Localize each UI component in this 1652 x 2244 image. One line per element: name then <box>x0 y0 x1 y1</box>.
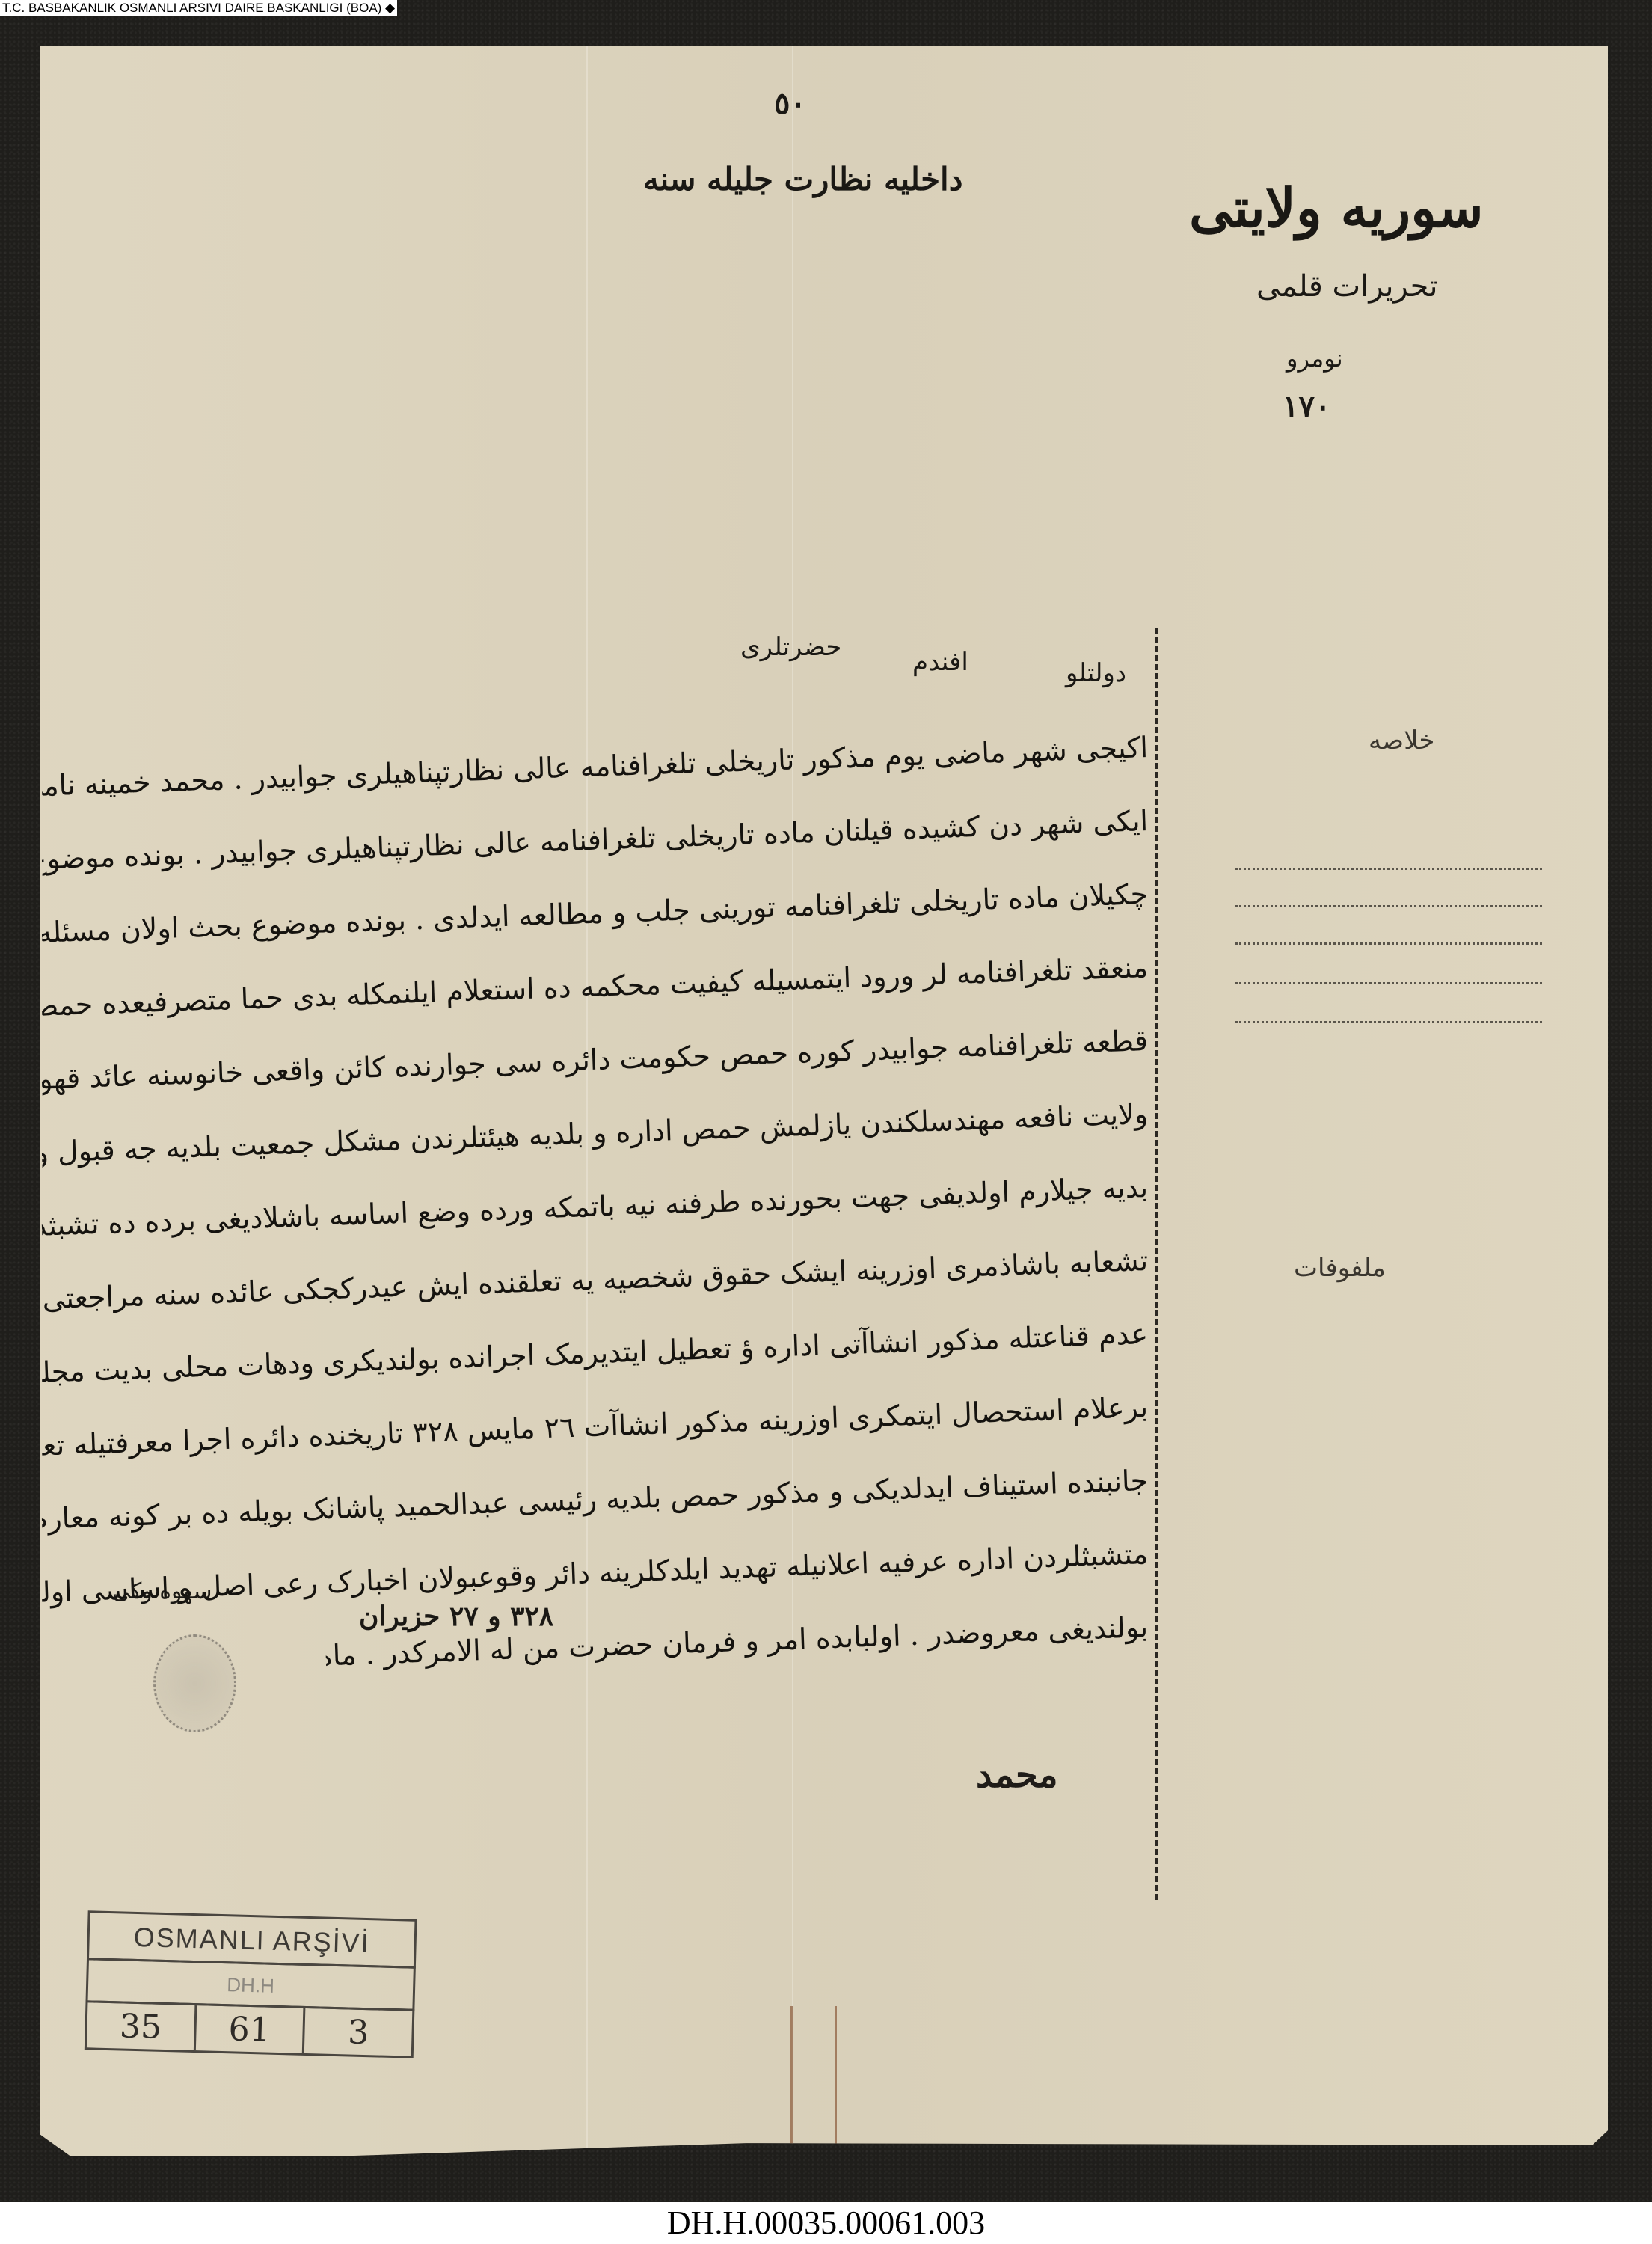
archive-stamp: OSMANLI ARŞİVİ DH.H 35 61 3 <box>84 1910 417 2068</box>
number-label: نومرو <box>1286 344 1343 373</box>
official-seal <box>153 1634 236 1732</box>
torn-fold-mark <box>790 2006 793 2156</box>
summary-line <box>1235 905 1542 907</box>
archive-header-label: T.C. BASBAKANLIK OSMANLI ARSIVI DAIRE BA… <box>0 0 397 16</box>
salutation-word: افندم <box>912 647 968 677</box>
summary-line <box>1235 868 1542 870</box>
attachments-heading: ملفوفات <box>1294 1253 1386 1283</box>
office-label: تحریرات قلمی <box>1256 269 1438 304</box>
summary-line <box>1235 1021 1542 1023</box>
reference-code: DH.H.00035.00061.003 <box>0 2202 1652 2244</box>
signature: محمد <box>976 1754 1058 1796</box>
torn-fold-mark <box>835 2006 837 2156</box>
date-line: ٣٢٨ و ٢٧ حزیران <box>359 1601 553 1632</box>
summary-line <box>1235 942 1542 945</box>
number-value: ١٧٠ <box>1283 389 1330 424</box>
page-number: ٥٠ <box>774 86 806 121</box>
summary-heading: خلاصه <box>1369 726 1434 755</box>
margin-divider-line <box>1155 628 1158 1900</box>
province-title: سوریه ولایتی <box>1189 176 1484 239</box>
salutation-word: حضرتلری <box>740 632 841 662</box>
stamp-box-number: 35 <box>87 2002 197 2050</box>
stamp-sheet-number: 3 <box>304 2008 412 2056</box>
letter-body: اکیجی شهر ماضی یوم مذکور تاریخلی تلغرافن… <box>41 711 1148 1664</box>
date-note: سهوه وکی <box>112 1578 212 1604</box>
salutation-word: دولتلو <box>1066 658 1126 688</box>
stamp-file-number: 61 <box>196 2005 306 2053</box>
summary-line <box>1235 982 1542 984</box>
stamp-number-row: 35 61 3 <box>85 2000 415 2058</box>
addressee-heading: داخلیه نظارت جلیله سنه <box>643 161 962 197</box>
